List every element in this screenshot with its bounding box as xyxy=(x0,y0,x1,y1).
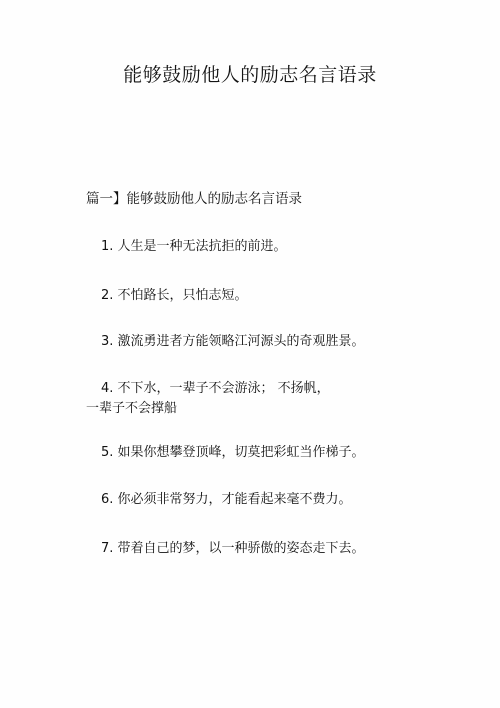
quote-item-6: 6. 你必须非常努力，才能看起来毫不费力。 xyxy=(101,491,352,509)
section-heading: 篇一】能够鼓励他人的励志名言语录 xyxy=(86,190,302,208)
quote-item-7: 7. 带着自己的梦，以一种骄傲的姿态走下去。 xyxy=(101,540,365,558)
quote-item-2: 2. 不怕路长，只怕志短。 xyxy=(101,287,248,305)
document-title: 能够鼓励他人的励志名言语录 xyxy=(0,63,500,87)
quote-item-1: 1. 人生是一种无法抗拒的前进。 xyxy=(101,238,287,256)
quote-item-3: 3. 激流勇进者方能领略江河源头的奇观胜景。 xyxy=(101,333,365,351)
quote-item-4-continuation: 一辈子不会撑船 xyxy=(86,400,177,418)
document-page: 能够鼓励他人的励志名言语录 篇一】能够鼓励他人的励志名言语录 1. 人生是一种无… xyxy=(0,0,500,708)
quote-item-4: 4. 不下水，一辈子不会游泳； 不扬帆， xyxy=(101,380,330,398)
quote-item-5: 5. 如果你想攀登顶峰，切莫把彩虹当作梯子。 xyxy=(101,444,365,462)
